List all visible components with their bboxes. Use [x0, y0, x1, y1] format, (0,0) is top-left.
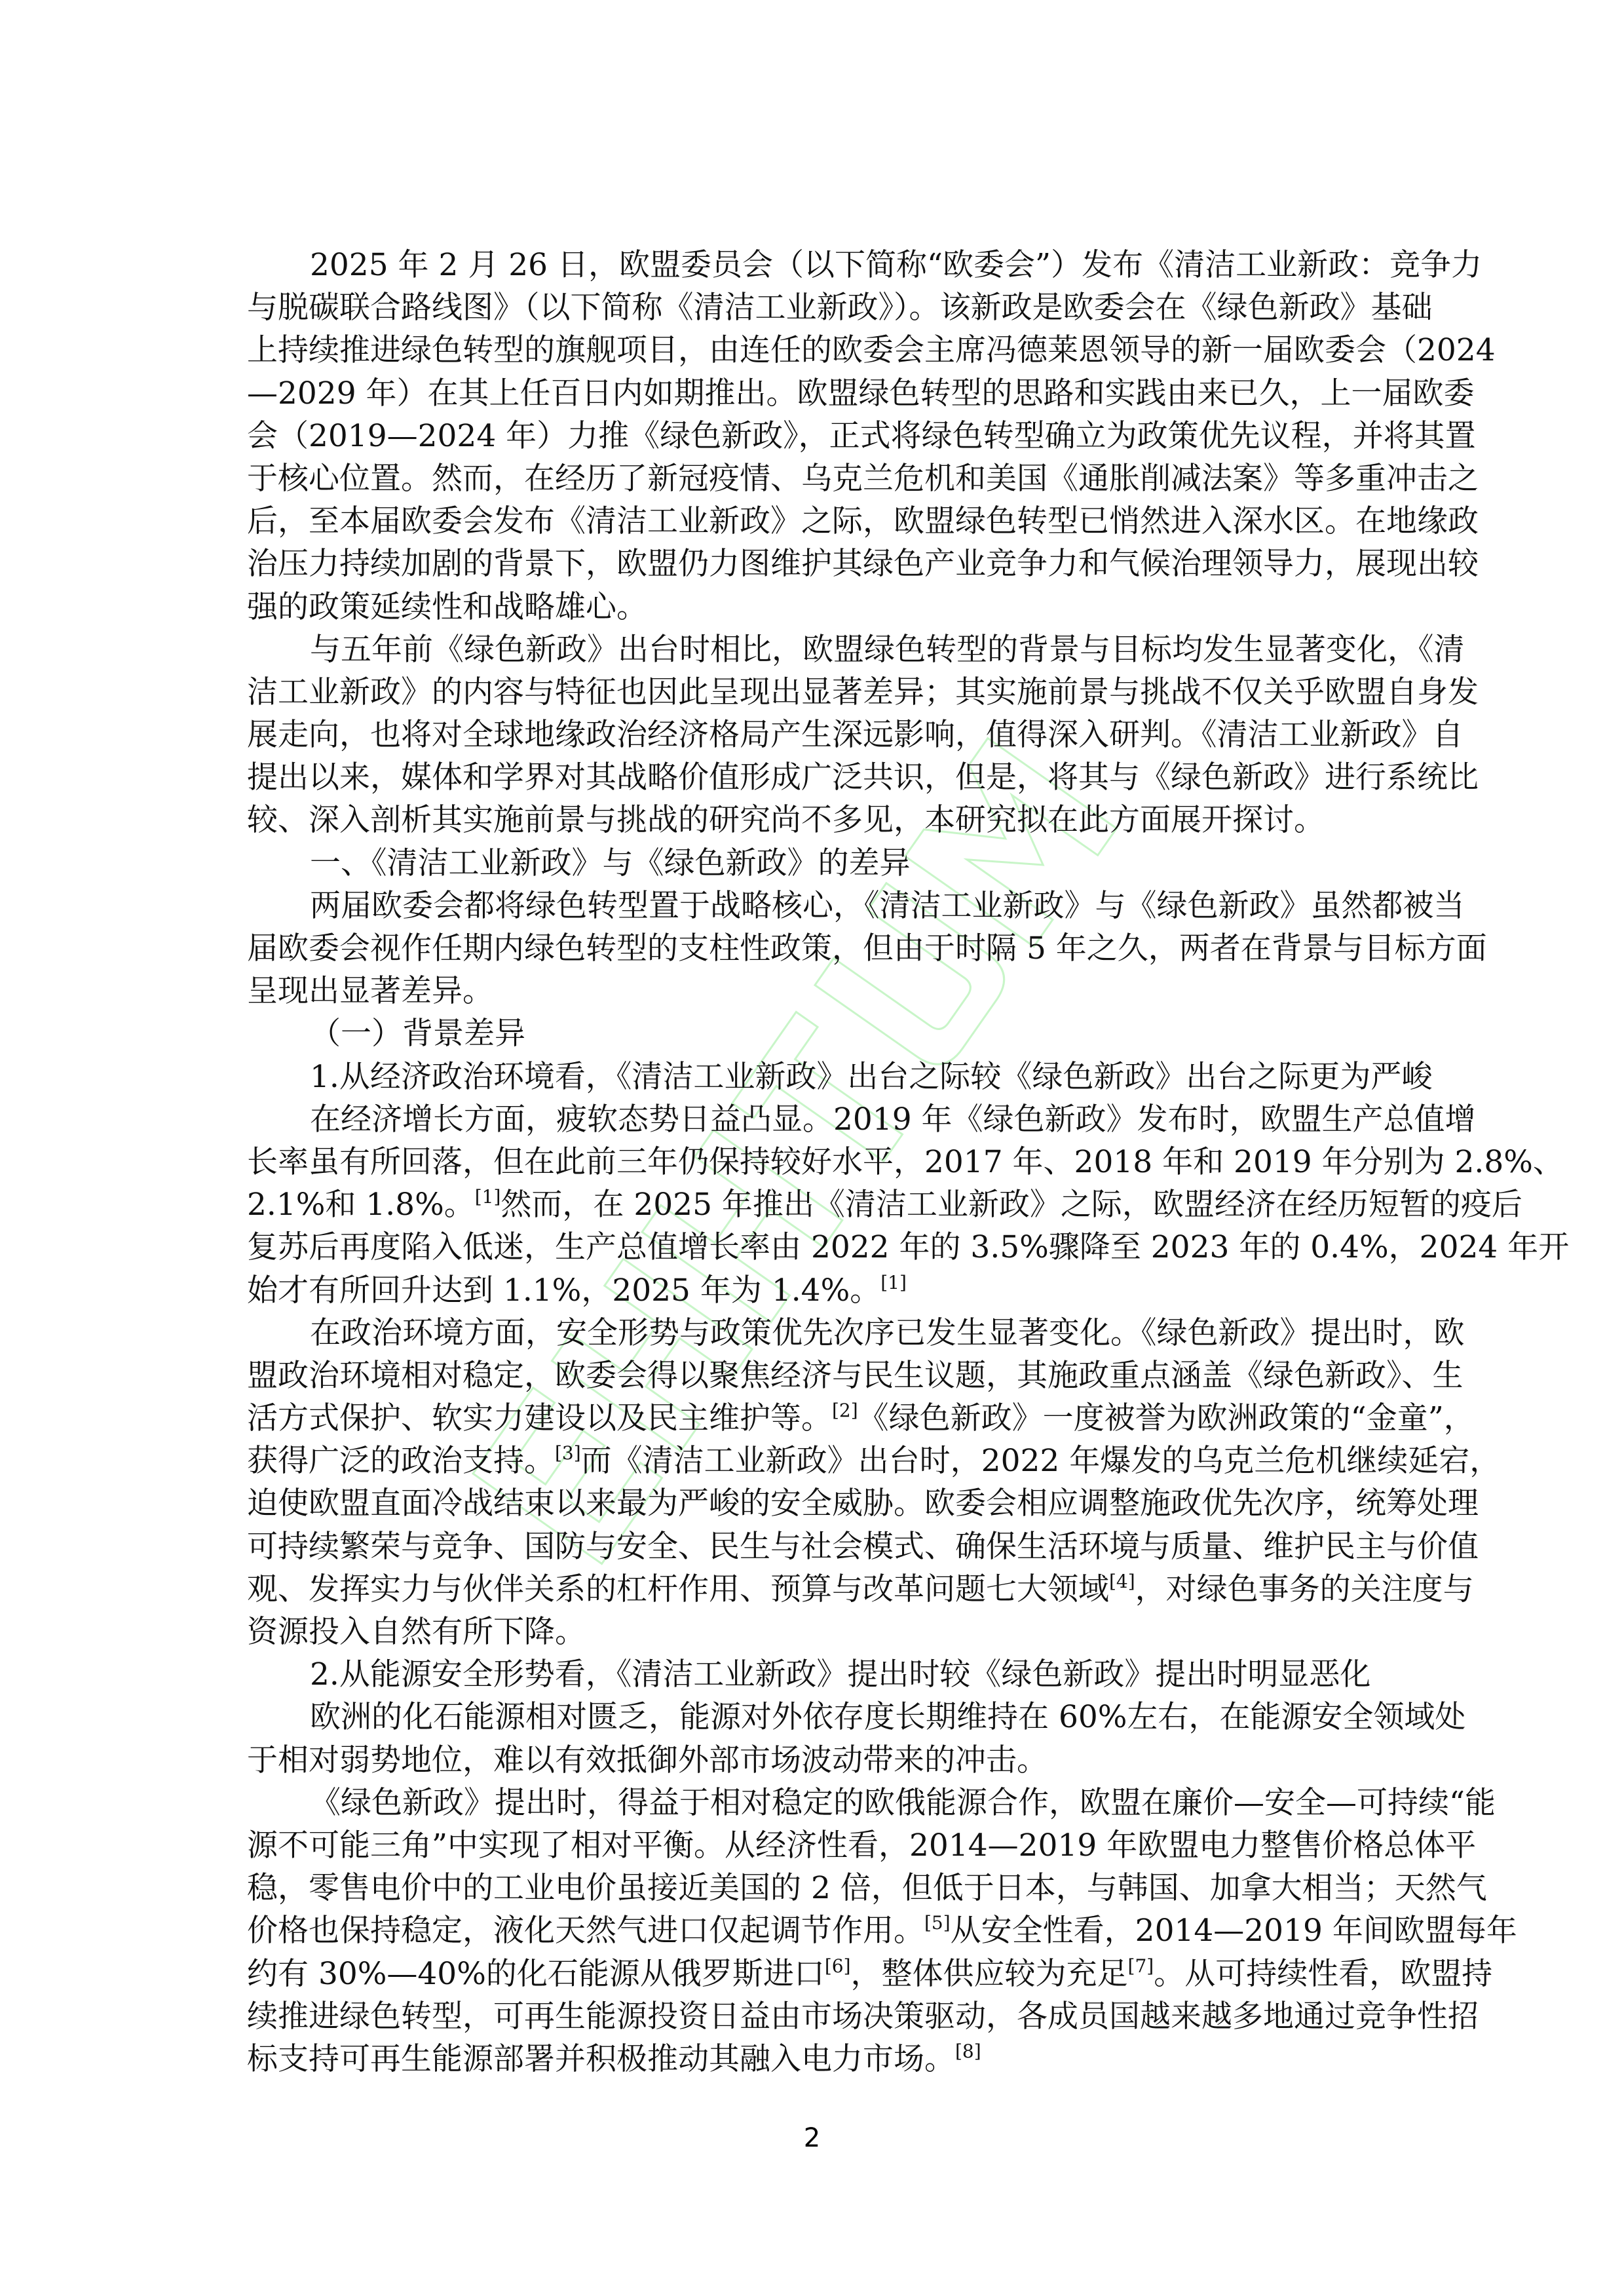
text-run: 《绿色新政》一度被誉为欧洲政策的“金童”， — [858, 1400, 1475, 1436]
text-line: 价格也保持稳定，液化天然气进口仅起调节作用。[5]从安全性看，2014—2019… — [247, 1909, 1377, 1952]
text-line: 可持续繁荣与竞争、国防与安全、民生与社会模式、确保生活环境与质量、维护民主与价值 — [247, 1525, 1377, 1568]
text-line: 源不可能三角”中实现了相对平衡。从经济性看，2014—2019 年欧盟电力整售价… — [247, 1824, 1377, 1867]
text-line: 迫使欧盟直面冷战结束以来最为严峻的安全威胁。欧委会相应调整施政优先次序，统筹处理 — [247, 1482, 1377, 1525]
text-line: 展走向，也将对全球地缘政治经济格局产生深远影响，值得深入研判。《清洁工业新政》自 — [247, 714, 1377, 756]
citation-ref: [4] — [1109, 1571, 1135, 1592]
text-line: 2025 年 2 月 26 日，欧盟委员会（以下简称“欧委会”）发布《清洁工业新… — [247, 244, 1377, 286]
text-line: 会（2019—2024 年）力推《绿色新政》，正式将绿色转型确立为政策优先议程，… — [247, 415, 1377, 457]
text-line: 获得广泛的政治支持。[3]而《清洁工业新政》出台时，2022 年爆发的乌克兰危机… — [247, 1440, 1377, 1482]
text-run: ，整体供应较为充足 — [851, 1956, 1128, 1992]
text-run: 约有 30%—40%的化石能源从俄罗斯进口 — [247, 1956, 825, 1992]
text-run: 活方式保护、软实力建设以及民主维护等。 — [247, 1400, 832, 1436]
text-line: 约有 30%—40%的化石能源从俄罗斯进口[6]，整体供应较为充足[7]。从可持… — [247, 1953, 1377, 1995]
text-line: 提出以来，媒体和学界对其战略价值形成广泛共识，但是，将其与《绿色新政》进行系统比 — [247, 756, 1377, 799]
text-line: 观、发挥实力与伙伴关系的杠杆作用、预算与改革问题七大领域[4]，对绿色事务的关注… — [247, 1568, 1377, 1611]
text-run: 而《清洁工业新政》出台时，2022 年爆发的乌克兰危机继续延宕， — [581, 1443, 1501, 1479]
text-line: —2029 年）在其上任百日内如期推出。欧盟绿色转型的思路和实践由来已久，上一届… — [247, 372, 1377, 415]
text-line: 2.1%和 1.8%。[1]然而，在 2025 年推出《清洁工业新政》之际，欧盟… — [247, 1183, 1377, 1226]
text-line: 与五年前《绿色新政》出台时相比，欧盟绿色转型的背景与目标均发生显著变化，《清 — [247, 628, 1377, 671]
text-line: 盟政治环境相对稳定，欧委会得以聚焦经济与民生议题，其施政重点涵盖《绿色新政》、生 — [247, 1354, 1377, 1397]
text-run: 价格也保持稳定，液化天然气进口仅起调节作用。 — [247, 1913, 924, 1949]
text-line: 活方式保护、软实力建设以及民主维护等。[2]《绿色新政》一度被誉为欧洲政策的“金… — [247, 1397, 1377, 1440]
citation-ref: [1] — [475, 1186, 501, 1208]
citation-ref: [6] — [825, 1955, 851, 1977]
text-run: 标支持可再生能源部署并积极推动其融入电力市场。 — [247, 2041, 955, 2077]
text-line: 与脱碳联合路线图》（以下简称《清洁工业新政》）。该新政是欧委会在《绿色新政》基础 — [247, 286, 1377, 329]
text-run: 获得广泛的政治支持。 — [247, 1443, 555, 1479]
text-line: 洁工业新政》的内容与特征也因此呈现出显著差异；其实施前景与挑战不仅关乎欧盟自身发 — [247, 671, 1377, 714]
text-line: 于核心位置。然而，在经历了新冠疫情、乌克兰危机和美国《通胀削减法案》等多重冲击之 — [247, 457, 1377, 500]
text-line: 欧洲的化石能源相对匮乏，能源对外依存度长期维持在 60%左右，在能源安全领域处 — [247, 1696, 1377, 1738]
text-run: 从安全性看，2014—2019 年间欧盟每年 — [951, 1913, 1517, 1949]
citation-ref: [5] — [924, 1912, 951, 1934]
text-line: 上持续推进绿色转型的旗舰项目，由连任的欧委会主席冯德莱恩领导的新一届欧委会（20… — [247, 329, 1377, 372]
citation-ref: [7] — [1128, 1955, 1154, 1977]
text-run: 始才有所回升达到 1.1%，2025 年为 1.4%。 — [247, 1272, 880, 1309]
text-run: 观、发挥实力与伙伴关系的杠杆作用、预算与改革问题七大领域 — [247, 1571, 1109, 1607]
text-run: 。从可持续性看，欧盟持 — [1154, 1956, 1492, 1992]
text-line: 续推进绿色转型，可再生能源投资日益由市场决策驱动，各成员国越来越多地通过竞争性招 — [247, 1995, 1377, 2038]
document-page: 2025 年 2 月 26 日，欧盟委员会（以下简称“欧委会”）发布《清洁工业新… — [0, 0, 1624, 2296]
text-line: 较、深入剖析其实施前景与挑战的研究尚不多见，本研究拟在此方面展开探讨。 — [247, 799, 1377, 841]
subsection-heading: 2.从能源安全形势看，《清洁工业新政》提出时较《绿色新政》提出时明显恶化 — [247, 1653, 1377, 1696]
text-run: 2.1%和 1.8%。 — [247, 1187, 475, 1223]
text-line: 长率虽有所回落，但在此前三年仍保持较好水平，2017 年、2018 年和 201… — [247, 1141, 1377, 1183]
text-line: 届欧委会视作任期内绿色转型的支柱性政策，但由于时隔 5 年之久，两者在背景与目标… — [247, 927, 1377, 970]
text-line: 强的政策延续性和战略雄心。 — [247, 586, 1377, 628]
text-line: 后，至本届欧委会发布《清洁工业新政》之际，欧盟绿色转型已悄然进入深水区。在地缘政 — [247, 500, 1377, 543]
text-run: ，对绿色事务的关注度与 — [1135, 1571, 1474, 1607]
text-line: 呈现出显著差异。 — [247, 970, 1377, 1012]
text-line: 始才有所回升达到 1.1%，2025 年为 1.4%。[1] — [247, 1269, 1377, 1312]
text-line: 于相对弱势地位，难以有效抵御外部市场波动带来的冲击。 — [247, 1739, 1377, 1782]
text-line: 稳，零售电价中的工业电价虽接近美国的 2 倍，但低于日本，与韩国、加拿大相当；天… — [247, 1867, 1377, 1909]
text-line: 在经济增长方面，疲软态势日益凸显。2019 年《绿色新政》发布时，欧盟生产总值增 — [247, 1098, 1377, 1141]
subsection-heading: （一）背景差异 — [247, 1012, 1377, 1055]
page-number: 2 — [0, 2123, 1624, 2153]
text-run: 然而，在 2025 年推出《清洁工业新政》之际，欧盟经济在经历短暂的疫后 — [500, 1187, 1522, 1223]
text-line: 两届欧委会都将绿色转型置于战略核心，《清洁工业新政》与《绿色新政》虽然都被当 — [247, 885, 1377, 927]
citation-ref: [2] — [832, 1400, 858, 1421]
text-line: 《绿色新政》提出时，得益于相对稳定的欧俄能源合作，欧盟在廉价—安全—可持续“能 — [247, 1782, 1377, 1824]
body-text: 2025 年 2 月 26 日，欧盟委员会（以下简称“欧委会”）发布《清洁工业新… — [247, 244, 1377, 2080]
section-heading: 一、《清洁工业新政》与《绿色新政》的差异 — [247, 842, 1377, 885]
citation-ref: [3] — [555, 1442, 581, 1464]
text-line: 在政治环境方面，安全形势与政策优先次序已发生显著变化。《绿色新政》提出时，欧 — [247, 1312, 1377, 1354]
text-line: 标支持可再生能源部署并积极推动其融入电力市场。[8] — [247, 2038, 1377, 2080]
subsection-heading: 1.从经济政治环境看，《清洁工业新政》出台之际较《绿色新政》出台之际更为严峻 — [247, 1056, 1377, 1098]
citation-ref: [1] — [880, 1272, 907, 1293]
text-line: 资源投入自然有所下降。 — [247, 1611, 1377, 1653]
citation-ref: [8] — [955, 2040, 981, 2062]
text-line: 治压力持续加剧的背景下，欧盟仍力图维护其绿色产业竞争力和气候治理领导力，展现出较 — [247, 543, 1377, 585]
text-line: 复苏后再度陷入低迷，生产总值增长率由 2022 年的 3.5%骤降至 2023 … — [247, 1226, 1377, 1269]
